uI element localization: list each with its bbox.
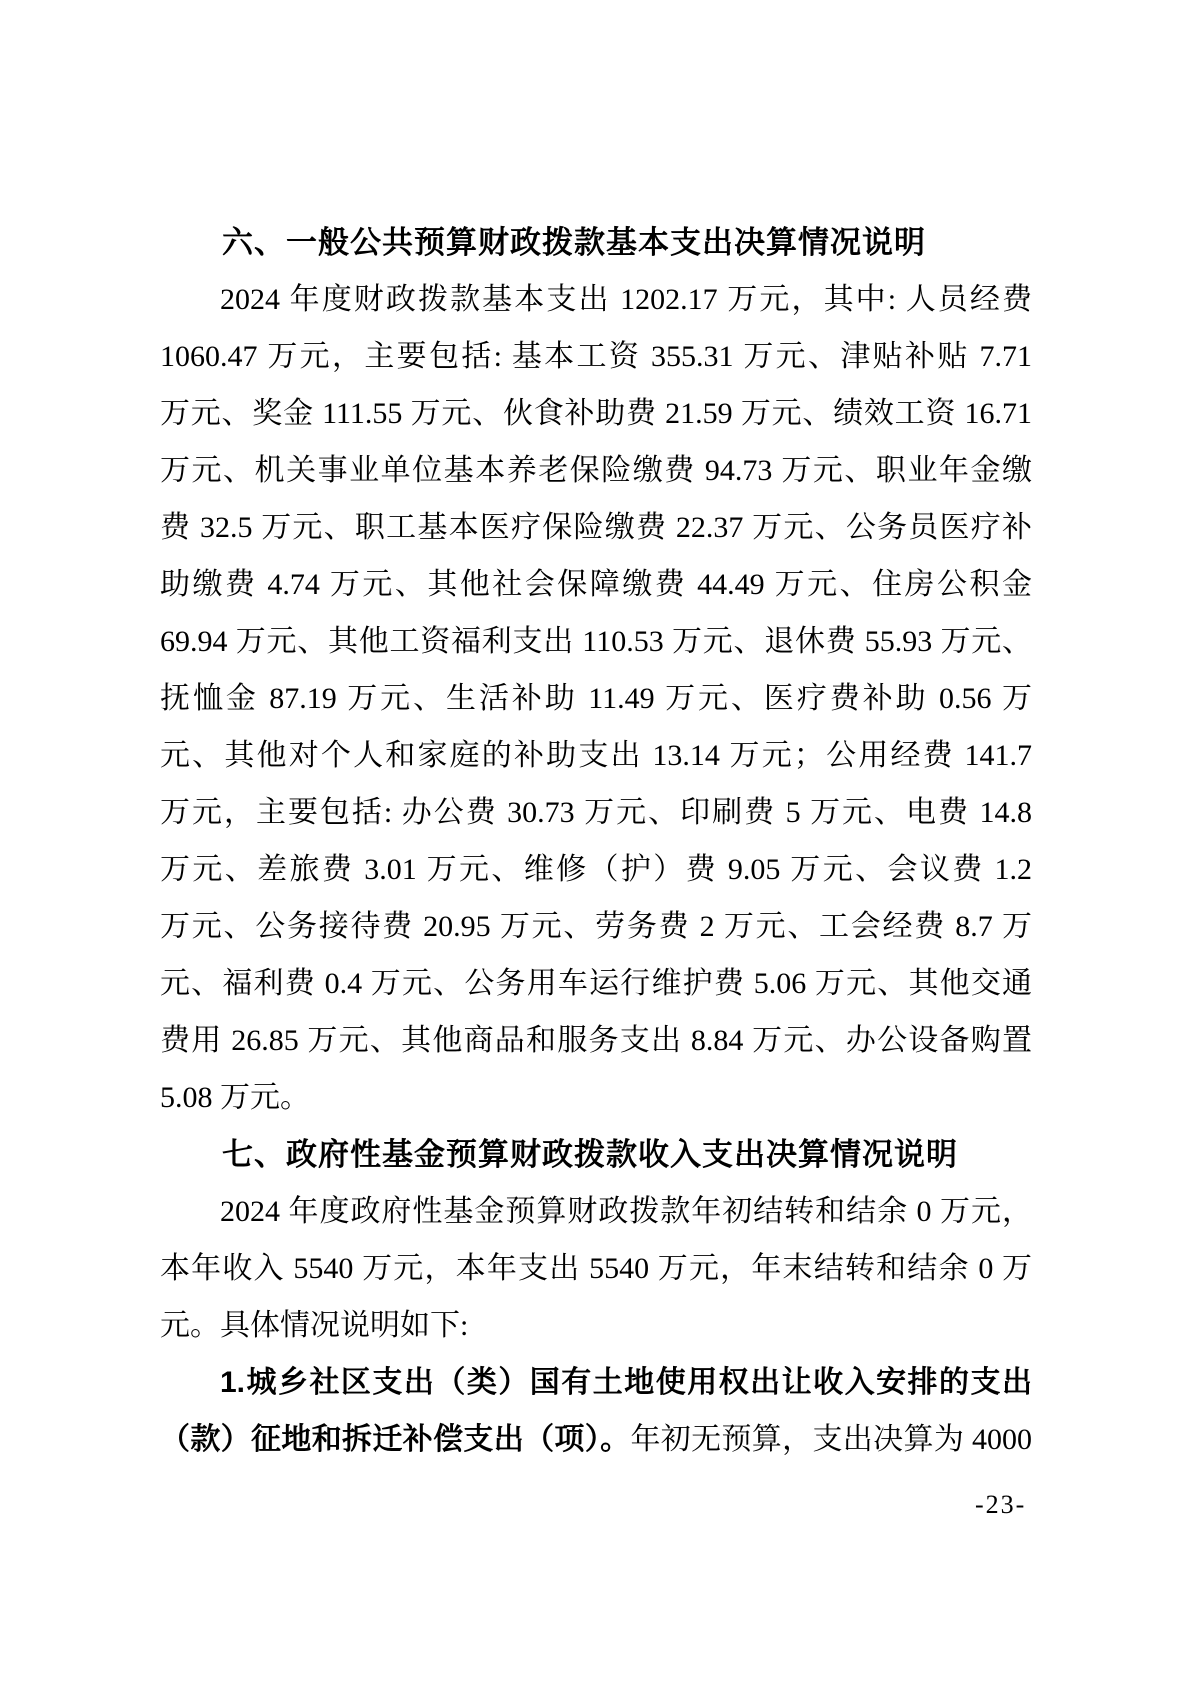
para-line: 抚恤金 87.19 万元、生活补助 11.49 万元、医疗费补助 0.56 万 (160, 670, 1032, 727)
document-page: 六、一般公共预算财政拨款基本支出决算情况说明 2024 年度财政拨款基本支出 1… (0, 0, 1190, 1683)
para-line: 万元、奖金 111.55 万元、伙食补助费 21.59 万元、绩效工资 16.7… (160, 385, 1032, 442)
para-line: 1060.47 万元，主要包括: 基本工资 355.31 万元、津贴补贴 7.7… (160, 328, 1032, 385)
para-line: 费用 26.85 万元、其他商品和服务支出 8.84 万元、办公设备购置 (160, 1012, 1032, 1069)
para-line: 万元、机关事业单位基本养老保险缴费 94.73 万元、职业年金缴 (160, 442, 1032, 499)
para-line: 元、其他对个人和家庭的补助支出 13.14 万元；公用经费 141.7 (160, 727, 1032, 784)
section7-item1-paragraph: 1.城乡社区支出（类）国有土地使用权出让收入安排的支出 （款）征地和拆迁补偿支出… (160, 1354, 1032, 1468)
para-line: 2024 年度财政拨款基本支出 1202.17 万元，其中: 人员经费 (160, 271, 1032, 328)
para-line: 5.08 万元。 (160, 1069, 1032, 1126)
section7-paragraph: 2024 年度政府性基金预算财政拨款年初结转和结余 0 万元， 本年收入 554… (160, 1183, 1032, 1354)
item1-bold-text: （款）征地和拆迁补偿支出（项）。 (160, 1423, 630, 1456)
section6-heading: 六、一般公共预算财政拨款基本支出决算情况说明 (160, 214, 1032, 271)
para-line: 1.城乡社区支出（类）国有土地使用权出让收入安排的支出 (160, 1354, 1032, 1411)
para-line: 69.94 万元、其他工资福利支出 110.53 万元、退休费 55.93 万元… (160, 613, 1032, 670)
para-line: 万元、差旅费 3.01 万元、维修（护）费 9.05 万元、会议费 1.2 (160, 841, 1032, 898)
page-number: -23- (975, 1490, 1026, 1520)
document-content: 六、一般公共预算财政拨款基本支出决算情况说明 2024 年度财政拨款基本支出 1… (160, 214, 1032, 1468)
para-line: 2024 年度政府性基金预算财政拨款年初结转和结余 0 万元， (160, 1183, 1032, 1240)
para-line: （款）征地和拆迁补偿支出（项）。年初无预算，支出决算为 4000 (160, 1411, 1032, 1468)
para-line: 元、福利费 0.4 万元、公务用车运行维护费 5.06 万元、其他交通 (160, 955, 1032, 1012)
section6-paragraph: 2024 年度财政拨款基本支出 1202.17 万元，其中: 人员经费 1060… (160, 271, 1032, 1126)
para-line: 本年收入 5540 万元，本年支出 5540 万元，年末结转和结余 0 万 (160, 1240, 1032, 1297)
para-line: 助缴费 4.74 万元、其他社会保障缴费 44.49 万元、住房公积金 (160, 556, 1032, 613)
para-line: 费 32.5 万元、职工基本医疗保险缴费 22.37 万元、公务员医疗补 (160, 499, 1032, 556)
item1-regular-text: 年初无预算，支出决算为 4000 (630, 1423, 1032, 1456)
para-line: 万元、公务接待费 20.95 万元、劳务费 2 万元、工会经费 8.7 万 (160, 898, 1032, 955)
para-line: 万元，主要包括: 办公费 30.73 万元、印刷费 5 万元、电费 14.8 (160, 784, 1032, 841)
para-line: 元。具体情况说明如下: (160, 1297, 1032, 1354)
section7-heading: 七、政府性基金预算财政拨款收入支出决算情况说明 (160, 1126, 1032, 1183)
